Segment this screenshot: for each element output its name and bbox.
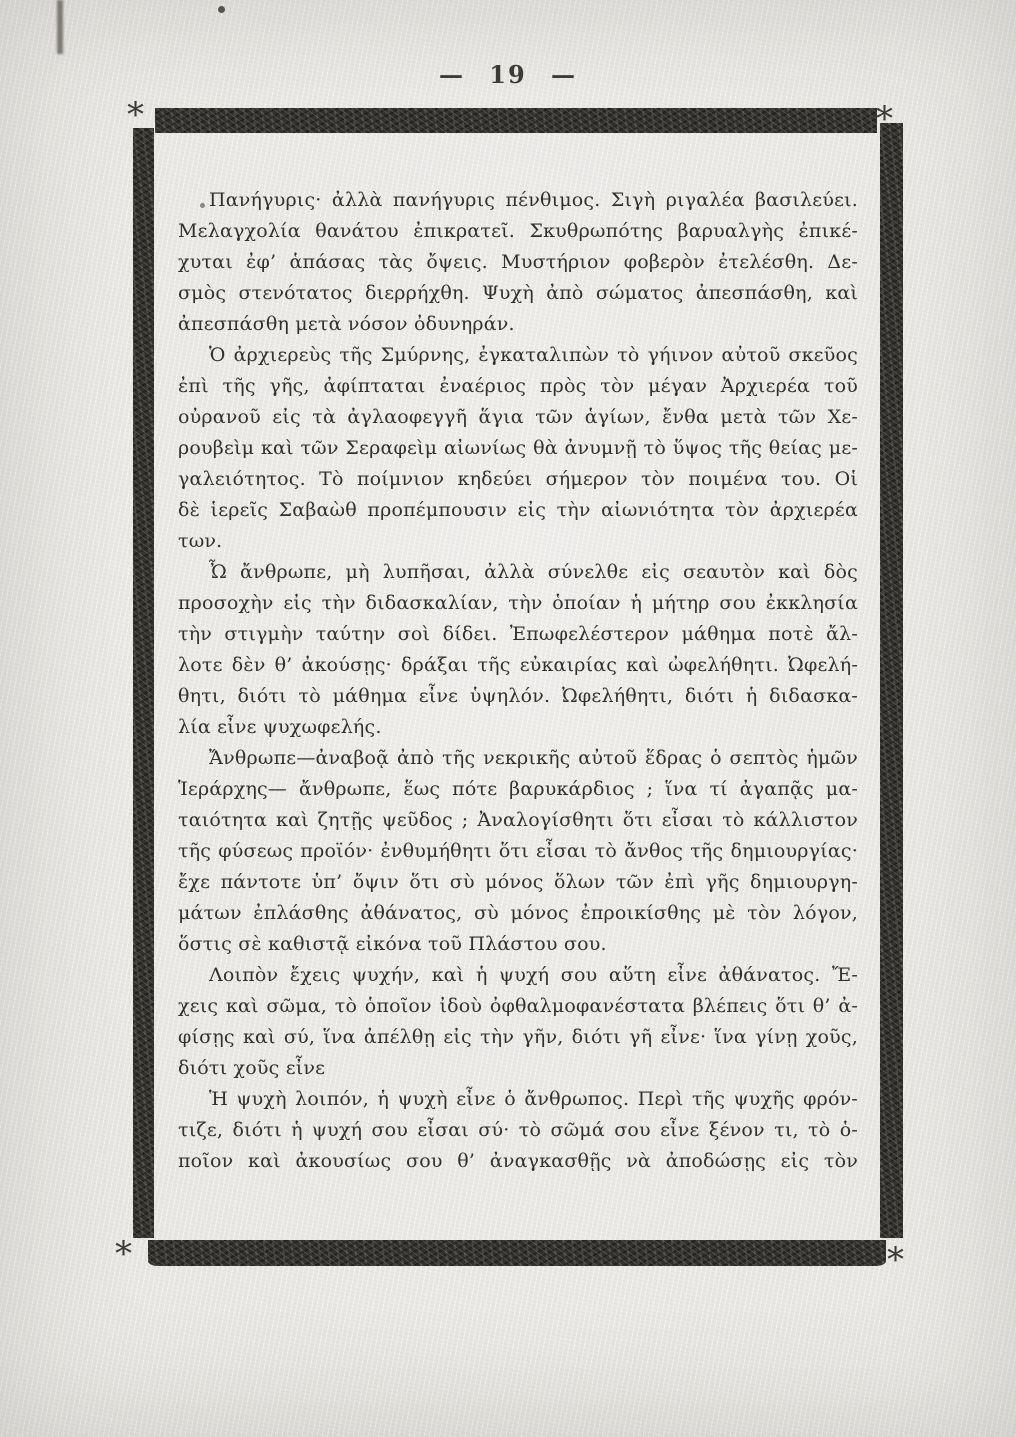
text-line: δὲ ἱερεῖς Σαβαὼθ προπέμπουσιν εἰς τὴν αἰ…: [178, 495, 858, 526]
text-line: ἀπεσπάσθη μετὰ νόσον ὀδυνηράν.: [178, 309, 858, 340]
paragraph: Λοιπὸν ἔχεις ψυχήν, καὶ ἡ ψυχή σου αὕτη …: [178, 960, 858, 1084]
text-line: μάτων ἐπλάσθης ἀθάνατος, σὺ μόνος ἐπροικ…: [178, 898, 858, 929]
text-line: ποῖον καὶ ἀκουσίως σου θ’ ἀναγκασθῇς νὰ …: [178, 1146, 858, 1177]
paragraph: Ἄνθρωπε—ἀναβοᾷ ἀπὸ τῆς νεκρικῆς αὐτοῦ ἕδ…: [178, 743, 858, 960]
asterisk-ornament-top-right: *: [876, 108, 893, 130]
text-line: τιζε, διότι ἡ ψυχή σου εἶσαι σύ· τὸ σῶμά…: [178, 1115, 858, 1146]
page-text: Πανήγυρις· ἀλλὰ πανήγυρις πένθιμος. Σιγὴ…: [178, 185, 858, 1177]
paragraph: Ἡ ψυχὴ λοιπόν, ἡ ψυχὴ εἶνε ὁ ἄνθρωπος. Π…: [178, 1084, 858, 1177]
asterisk-ornament-top-left: *: [127, 104, 144, 126]
ink-speck: [218, 6, 225, 13]
paragraph: Ὁ ἀρχιερεὺς τῆς Σμύρνης, ἐγκαταλιπὼν τὸ …: [178, 340, 858, 557]
text-line: χυται ἐφ’ ἁπάσας τὰς ὄψεις. Μυστήριον φο…: [178, 247, 858, 278]
border-bottom-bar: [148, 1240, 886, 1266]
text-line: Ἄνθρωπε—ἀναβοᾷ ἀπὸ τῆς νεκρικῆς αὐτοῦ ἕδ…: [178, 743, 858, 774]
text-line: Ἡ ψυχὴ λοιπόν, ἡ ψυχὴ εἶνε ὁ ἄνθρωπος. Π…: [178, 1084, 858, 1115]
text-line: τῆς φύσεως προϊόν· ἐνθυμήθητι ὅτι εἶσαι …: [178, 836, 858, 867]
paragraph: Πανήγυρις· ἀλλὰ πανήγυρις πένθιμος. Σιγὴ…: [178, 185, 858, 340]
border-right-bar: [880, 123, 903, 1238]
text-line: τὴν στιγμὴν ταύτην σοὶ δίδει. Ἐπωφελέστε…: [178, 619, 858, 650]
text-line: θητι, διότι τὸ μάθημα εἶνε ὑψηλόν. Ὠφελή…: [178, 681, 858, 712]
text-line: ἐπὶ τῆς γῆς, ἀφίπταται ἐναέριος πρὸς τὸν…: [178, 371, 858, 402]
border-top-bar: [155, 108, 877, 133]
scan-edge-artifact: [57, 0, 63, 54]
text-line: Ὁ ἀρχιερεὺς τῆς Σμύρνης, ἐγκαταλιπὼν τὸ …: [178, 340, 858, 371]
text-line: Λοιπὸν ἔχεις ψυχήν, καὶ ἡ ψυχή σου αὕτη …: [178, 960, 858, 991]
text-line: Μελαγχολία θανάτου ἐπικρατεῖ. Σκυθρωπότη…: [178, 216, 858, 247]
text-line: Πανήγυρις· ἀλλὰ πανήγυρις πένθιμος. Σιγὴ…: [178, 185, 858, 216]
text-line: Ἱεράρχης— ἄνθρωπε, ἕως πότε βαρυκάρδιος …: [178, 774, 858, 805]
text-line: φίσῃς καὶ σύ, ἵνα ἀπέλθῃ εἰς τὴν γῆν, δι…: [178, 1022, 858, 1053]
text-line: οὐρανοῦ εἰς τὰ ἀγλαοφεγγῆ ἅγια τῶν ἁγίων…: [178, 402, 858, 433]
border-left-bar: [133, 128, 154, 1238]
text-line: γαλειότητος. Τὸ ποίμνιον κηδεύει σήμερον…: [178, 464, 858, 495]
text-line: ὅστις σὲ καθιστᾷ εἰκόνα τοῦ Πλάστου σου.: [178, 929, 858, 960]
scanned-book-page: — 19 — * * * * Πανήγυρις· ἀλλὰ πανήγυρις…: [0, 0, 1016, 1437]
text-line: προσοχὴν εἰς τὴν διδασκαλίαν, τὴν ὁποίαν…: [178, 588, 858, 619]
text-line: λία εἶνε ψυχωφελής.: [178, 712, 858, 743]
text-line: χεις καὶ σῶμα, τὸ ὁποῖον ἰδοὺ ὀφθαλμοφαν…: [178, 991, 858, 1022]
asterisk-ornament-bottom-right: *: [887, 1249, 904, 1271]
text-line: σμὸς στενότατος διερρήχθη. Ψυχὴ ἀπὸ σώμα…: [178, 278, 858, 309]
text-line: διότι χοῦς εἶνε: [178, 1053, 858, 1084]
paragraph: Ὦ ἄνθρωπε, μὴ λυπῆσαι, ἀλλὰ σύνελθε εἰς …: [178, 557, 858, 743]
text-line: ἔχε πάντοτε ὑπ’ ὄψιν ὅτι σὺ μόνος ὅλων τ…: [178, 867, 858, 898]
page-number: — 19 —: [0, 60, 1016, 89]
text-line: των.: [178, 526, 858, 557]
text-line: ταιότητα καὶ ζητῇς ψεῦδος ; Ἀναλογίσθητι…: [178, 805, 858, 836]
text-line: λοτε δὲν θ’ ἀκούσῃς· δράξαι τῆς εὐκαιρία…: [178, 650, 858, 681]
text-line: Ὦ ἄνθρωπε, μὴ λυπῆσαι, ἀλλὰ σύνελθε εἰς …: [178, 557, 858, 588]
text-line: ρουβεὶμ καὶ τῶν Σεραφεὶμ αἰωνίως θὰ ἀνυμ…: [178, 433, 858, 464]
asterisk-ornament-bottom-left: *: [115, 1243, 132, 1265]
